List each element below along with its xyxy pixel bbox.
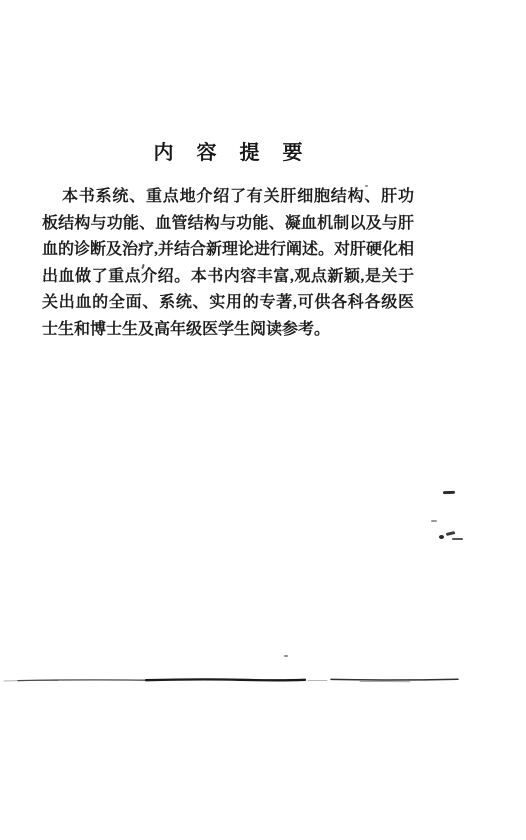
scan-ink-dash	[452, 538, 463, 540]
paragraph-line: 板结构与功能、血管结构与功能、凝血机制以及与肝病相关出	[42, 211, 414, 238]
scan-ink-dash	[443, 491, 455, 494]
paragraph-line: 关出血的全面、系统、实用的专著,可供各科各级医师、在读硕	[42, 290, 414, 317]
scan-speck	[365, 185, 368, 187]
scan-speck	[431, 520, 437, 522]
paragraph-line: 血的诊断及治疗,并结合新理论进行阐述。对肝硬化相关的	[42, 237, 414, 264]
paragraph-line: 士生和博士生及高年级医学生阅读参考。	[42, 317, 414, 344]
paragraph-line: 出血做了重点介绍。本书内容丰富,观点新颖,是关于肝病相	[42, 264, 414, 291]
paragraph-line: 本书系统、重点地介绍了有关肝细胞结构、肝功能、血小	[42, 184, 414, 211]
page-title: 内 容 提 要	[42, 136, 414, 165]
scan-speck	[284, 655, 288, 657]
scanned-book-page: 内 容 提 要 本书系统、重点地介绍了有关肝细胞结构、肝功能、血小 板结构与功能…	[0, 0, 526, 840]
scan-scratch-line	[0, 673, 526, 689]
summary-paragraph: 本书系统、重点地介绍了有关肝细胞结构、肝功能、血小 板结构与功能、血管结构与功能…	[42, 184, 414, 343]
scan-ink-dot	[439, 535, 444, 539]
scan-ink-squiggle	[446, 531, 455, 536]
